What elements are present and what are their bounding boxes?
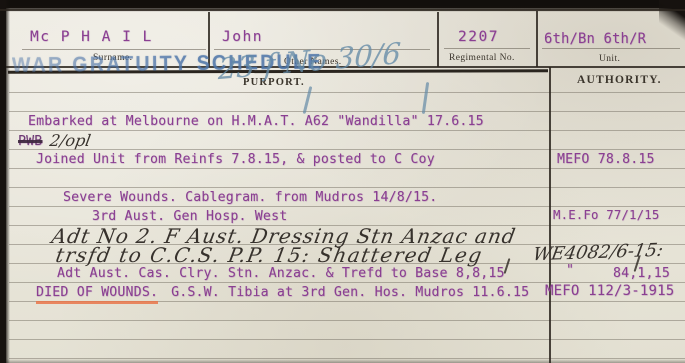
entry-struck-note: PWB <box>18 134 42 149</box>
authority-died: MEFO 112/3-1915 <box>545 283 674 299</box>
surname-underline <box>22 49 206 50</box>
card-top-rule <box>0 9 685 11</box>
entry-embarked: Embarked at Melbourne on H.M.A.T. A62 "W… <box>28 114 484 129</box>
scan-edge-bottom <box>0 359 685 363</box>
regimental-no-value: 2207 <box>458 29 499 45</box>
entry-struck-note-hand: 2/opl <box>48 131 92 150</box>
other-names-value: John <box>222 29 263 45</box>
regimental-no-label: Regimental No. <box>449 53 515 63</box>
entry-hospital: 3rd Aust. Gen Hosp. West <box>92 209 287 224</box>
entry-joined: Joined Unit from Reinfs 7.8.15, & posted… <box>36 152 435 167</box>
surname-value: Mc P H A I L <box>30 29 153 45</box>
authority-transfer-ditto: " <box>566 263 574 278</box>
authority-transfer: 84,1,15 <box>613 266 670 281</box>
unit-underline <box>542 48 680 49</box>
scan-edge-left <box>0 0 10 363</box>
entry-severe-wounds: Severe Wounds. Cablegram. from Mudros 14… <box>63 190 437 205</box>
scan-edge-top-right <box>659 0 685 48</box>
unit-value: 6th/Bn 6th/R <box>544 31 646 47</box>
entry-transfer: Adt Aust. Cas. Clry. Stn. Anzac. & Trefd… <box>57 266 505 281</box>
entry-died-row: DIED OF WOUNDS.G.S.W. Tibia at 3rd Gen. … <box>36 285 529 300</box>
authority-hospital: M.E.Fo 77/1/15 <box>553 208 659 222</box>
authority-label: AUTHORITY. <box>577 74 662 86</box>
entry-hand-line2: trsfd to C.C.S. P.P. 15: Shattered Leg <box>54 243 485 267</box>
record-card-scan: Mc P H A I L John 2207 6th/Bn 6th/R Surn… <box>0 0 685 363</box>
unit-label: Unit. <box>599 54 620 64</box>
divider-regimental-unit <box>536 11 538 67</box>
authority-column-divider <box>549 67 551 363</box>
regimental-box-left <box>437 12 439 67</box>
entry-died-detail: G.S.W. Tibia at 3rd Gen. Hos. Mudros 11.… <box>171 285 529 300</box>
entry-died-of-wounds: DIED OF WOUNDS. <box>36 285 158 304</box>
regimental-underline <box>444 48 530 49</box>
authority-joined: MEFO 78.8.15 <box>557 152 655 167</box>
